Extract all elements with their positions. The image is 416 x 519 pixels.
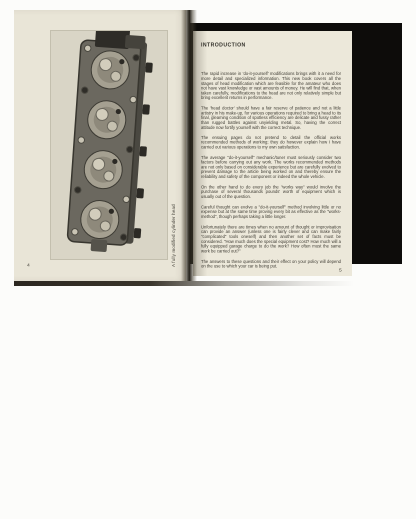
paragraph: The ensuing pages do not pretend to deta… <box>201 136 341 150</box>
paragraph: The answers to these questions and their… <box>201 260 341 270</box>
page-heading: INTRODUCTION <box>201 42 341 48</box>
scanned-book-spread: A fully modified cylinder head 4 INTRODU… <box>14 10 402 287</box>
page-body-text: INTRODUCTION The rapid increase in 'do-i… <box>201 42 341 275</box>
paragraph: The average "do-it-yourself" mechanic/tu… <box>201 156 341 180</box>
paragraph: Careful thought can evolve a "do-it-your… <box>201 205 341 219</box>
page-bottom-shadow <box>14 281 354 286</box>
left-page: A fully modified cylinder head 4 <box>14 10 186 281</box>
page-number-right: 5 <box>339 267 342 273</box>
paragraph: On the other hand to do every job the "w… <box>201 185 341 199</box>
right-page: INTRODUCTION The rapid increase in 'do-i… <box>193 31 352 276</box>
photo-caption: A fully modified cylinder head <box>171 204 176 267</box>
paragraph: The rapid increase in 'do-it-yourself' m… <box>201 72 341 101</box>
page-number-left: 4 <box>27 262 30 268</box>
book-gutter-shadow <box>181 10 197 281</box>
cylinder-head-photo <box>50 30 168 260</box>
paragraph: The 'head doctor' should have a fair res… <box>201 106 341 130</box>
paragraph: Unfortunately there are times when no am… <box>201 225 341 254</box>
